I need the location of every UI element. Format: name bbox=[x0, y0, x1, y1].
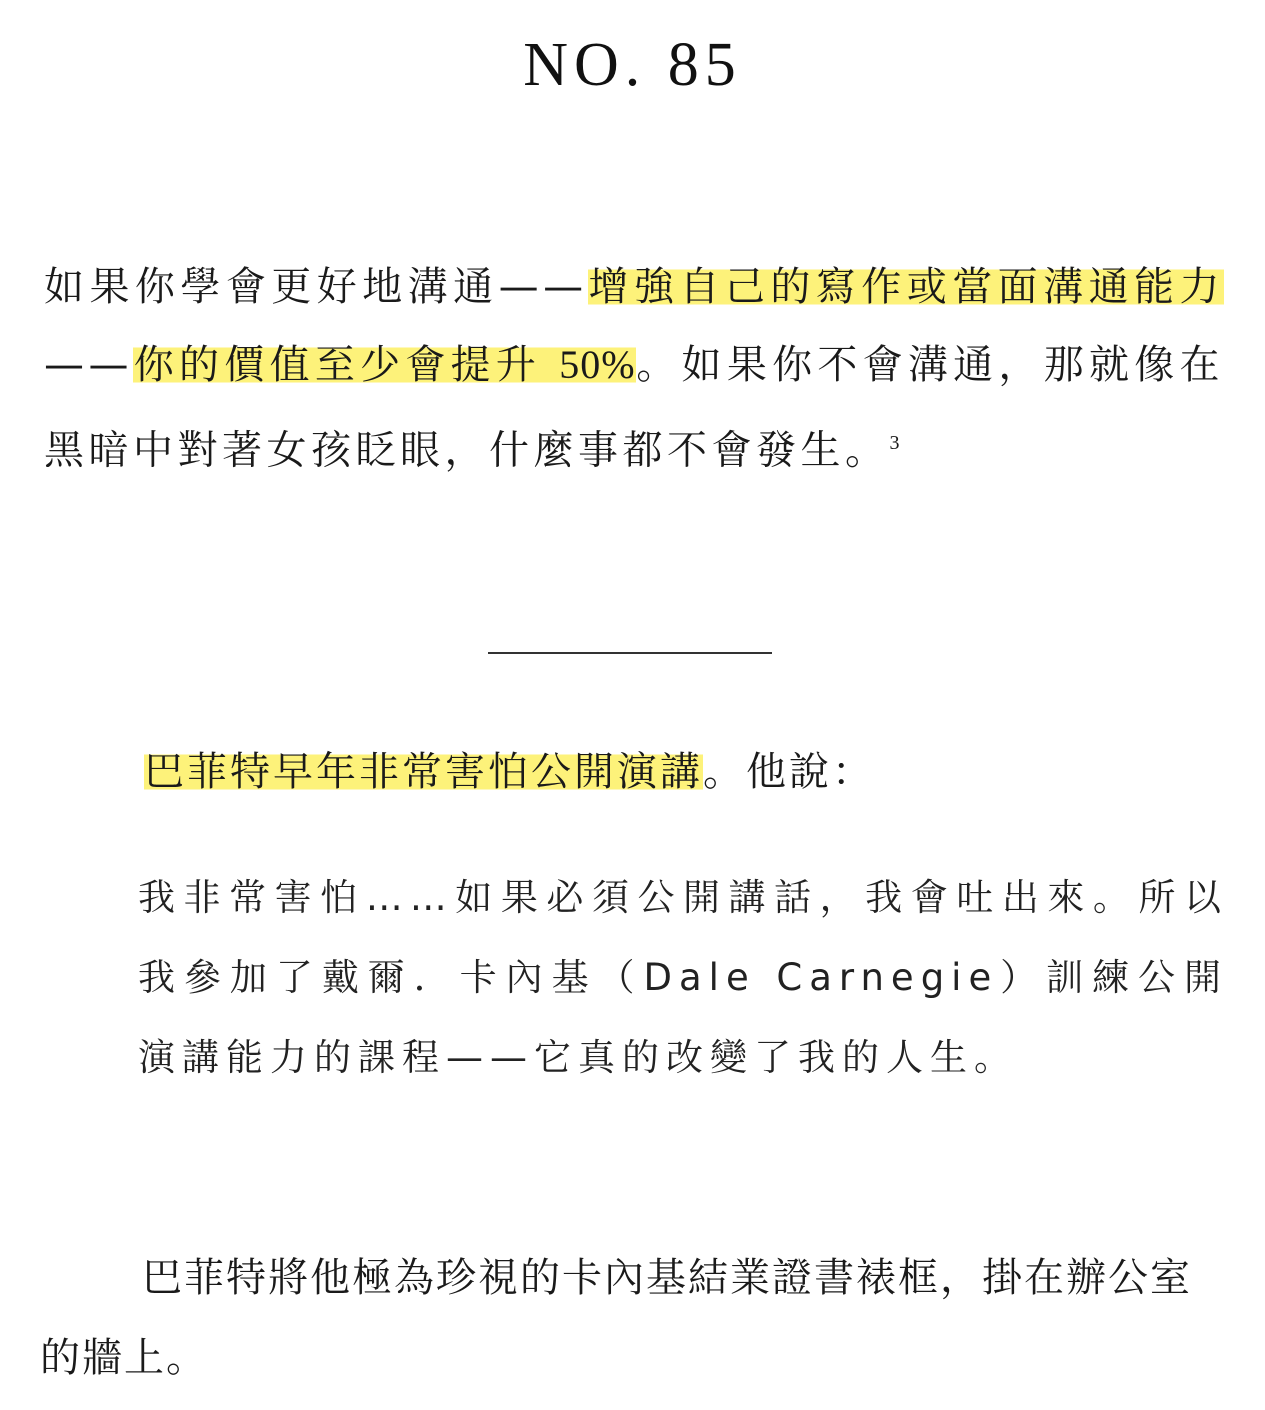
highlight-writing-speaking: 增強自己的寫作或當面溝通能力 bbox=[588, 264, 1224, 310]
em-dash: —— bbox=[44, 342, 133, 388]
paragraph-lead: 如果你學會更好地溝通—— bbox=[44, 264, 588, 310]
paragraph-rest: 。他說： bbox=[703, 749, 875, 795]
footnote-marker[interactable]: 3 bbox=[890, 432, 900, 454]
paragraph-communication: 如果你學會更好地溝通——增強自己的寫作或當面溝通能力——你的價值至少會提升 50… bbox=[44, 248, 1224, 489]
highlight-value-increase: 你的價值至少會提升 50% bbox=[133, 342, 636, 388]
paragraph-buffett-fear: 巴菲特早年非常害怕公開演講。他說： bbox=[144, 742, 1224, 802]
page-title: NO. 85 bbox=[0, 30, 1265, 101]
highlight-public-speaking-fear: 巴菲特早年非常害怕公開演講 bbox=[144, 749, 703, 795]
section-divider bbox=[488, 652, 772, 654]
percentage-value: 50% bbox=[559, 342, 635, 387]
paragraph-certificate: 巴菲特將他極為珍視的卡內基結業證書裱框，掛在辦公室的牆上。 bbox=[40, 1238, 1230, 1398]
block-quote: 我非常害怕……如果必須公開講話，我會吐出來。所以我參加了戴爾．卡內基（Dale … bbox=[138, 858, 1228, 1098]
